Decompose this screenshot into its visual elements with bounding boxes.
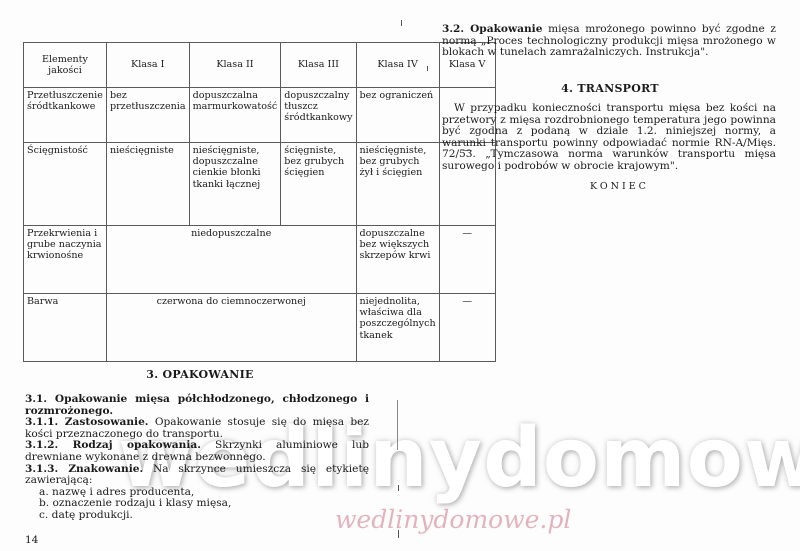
- table-row: Ścięgnistość nieścięgniste nieścięgniste…: [24, 143, 496, 226]
- cell-klasa-5: —: [439, 294, 495, 362]
- cell-klasa-4: nieścięgniste, bez grubych żył i ścięgie…: [356, 143, 439, 226]
- transport-paragraph: W przypadku konieczności transportu mięs…: [442, 103, 776, 173]
- s3-1-heading: 3.1. Opakowanie mięsa półchłodzonego, ch…: [25, 393, 369, 417]
- gutter-mark: [401, 20, 402, 26]
- header-klasa-4: Klasa IV: [356, 43, 439, 88]
- table-row: Przekrwienia i grube naczynia krwionośne…: [24, 226, 496, 294]
- cell-klasa-2: dopuszczalna marmurkowatość: [189, 88, 281, 143]
- cell-klasa-4: dopuszczalne bez większych skrzepów krwi: [356, 226, 439, 294]
- table-row: Przetłuszczenie śródtkankowe bez przetłu…: [24, 88, 496, 143]
- section-3-title: 3. OPAKOWANIE: [20, 368, 380, 381]
- header-klasa-2: Klasa II: [189, 43, 281, 88]
- gutter-mark: [397, 400, 398, 450]
- cell-klasa-4: bez ograniczeń: [356, 88, 439, 143]
- end-marker: KONIEC: [590, 181, 649, 192]
- cell-klasa-1-3: czerwona do ciemnoczerwonej: [106, 294, 356, 362]
- cell-klasa-1: bez przetłuszczenia: [106, 88, 189, 143]
- section-3-body: 3.1. Opakowanie mięsa półchłodzonego, ch…: [25, 394, 369, 522]
- row-element: Ścięgnistość: [24, 143, 107, 226]
- header-klasa-1: Klasa I: [106, 43, 189, 88]
- page-number: 14: [25, 534, 38, 546]
- s3-1-2-label: 3.1.2. Rodzaj opakowania.: [25, 439, 201, 451]
- section-4-title: 4. TRANSPORT: [440, 82, 780, 95]
- watermark-small: wedlinydomowe.pl: [335, 505, 571, 534]
- cell-klasa-3: ścięgniste, bez grubych ścięgien: [281, 143, 356, 226]
- cell-klasa-5: —: [439, 226, 495, 294]
- table-row: Barwa czerwona do ciemnoczerwonej niejed…: [24, 294, 496, 362]
- list-item: c. datę produkcji.: [25, 510, 369, 522]
- table-header-row: Elementy jakości Klasa I Klasa II Klasa …: [24, 43, 496, 88]
- s3-1-3-label: 3.1.3. Znakowanie.: [25, 463, 143, 475]
- cell-klasa-1-3: niedopuszczalne: [106, 226, 356, 294]
- cell-klasa-4: niejednolita, właściwa dla poszczególnyc…: [356, 294, 439, 362]
- s3-2-label: 3.2. Opakowanie: [442, 23, 542, 35]
- header-klasa-3: Klasa III: [281, 43, 356, 88]
- s3-1-1-label: 3.1.1. Zastosowanie.: [25, 416, 149, 428]
- quality-classes-table: Elementy jakości Klasa I Klasa II Klasa …: [23, 42, 496, 362]
- header-elements: Elementy jakości: [24, 43, 107, 88]
- row-element: Przekrwienia i grube naczynia krwionośne: [24, 226, 107, 294]
- gutter-mark: [398, 485, 399, 491]
- cell-klasa-2: nieścięgniste, dopuszczalne cienkie błon…: [189, 143, 281, 226]
- row-element: Barwa: [24, 294, 107, 362]
- section-3-2: 3.2. Opakowanie mięsa mrożonego powinno …: [442, 24, 776, 59]
- row-element: Przetłuszczenie śródtkankowe: [24, 88, 107, 143]
- cell-klasa-3: dopuszczalny tłuszcz śródtkankowy: [281, 88, 356, 143]
- cell-klasa-1: nieścięgniste: [106, 143, 189, 226]
